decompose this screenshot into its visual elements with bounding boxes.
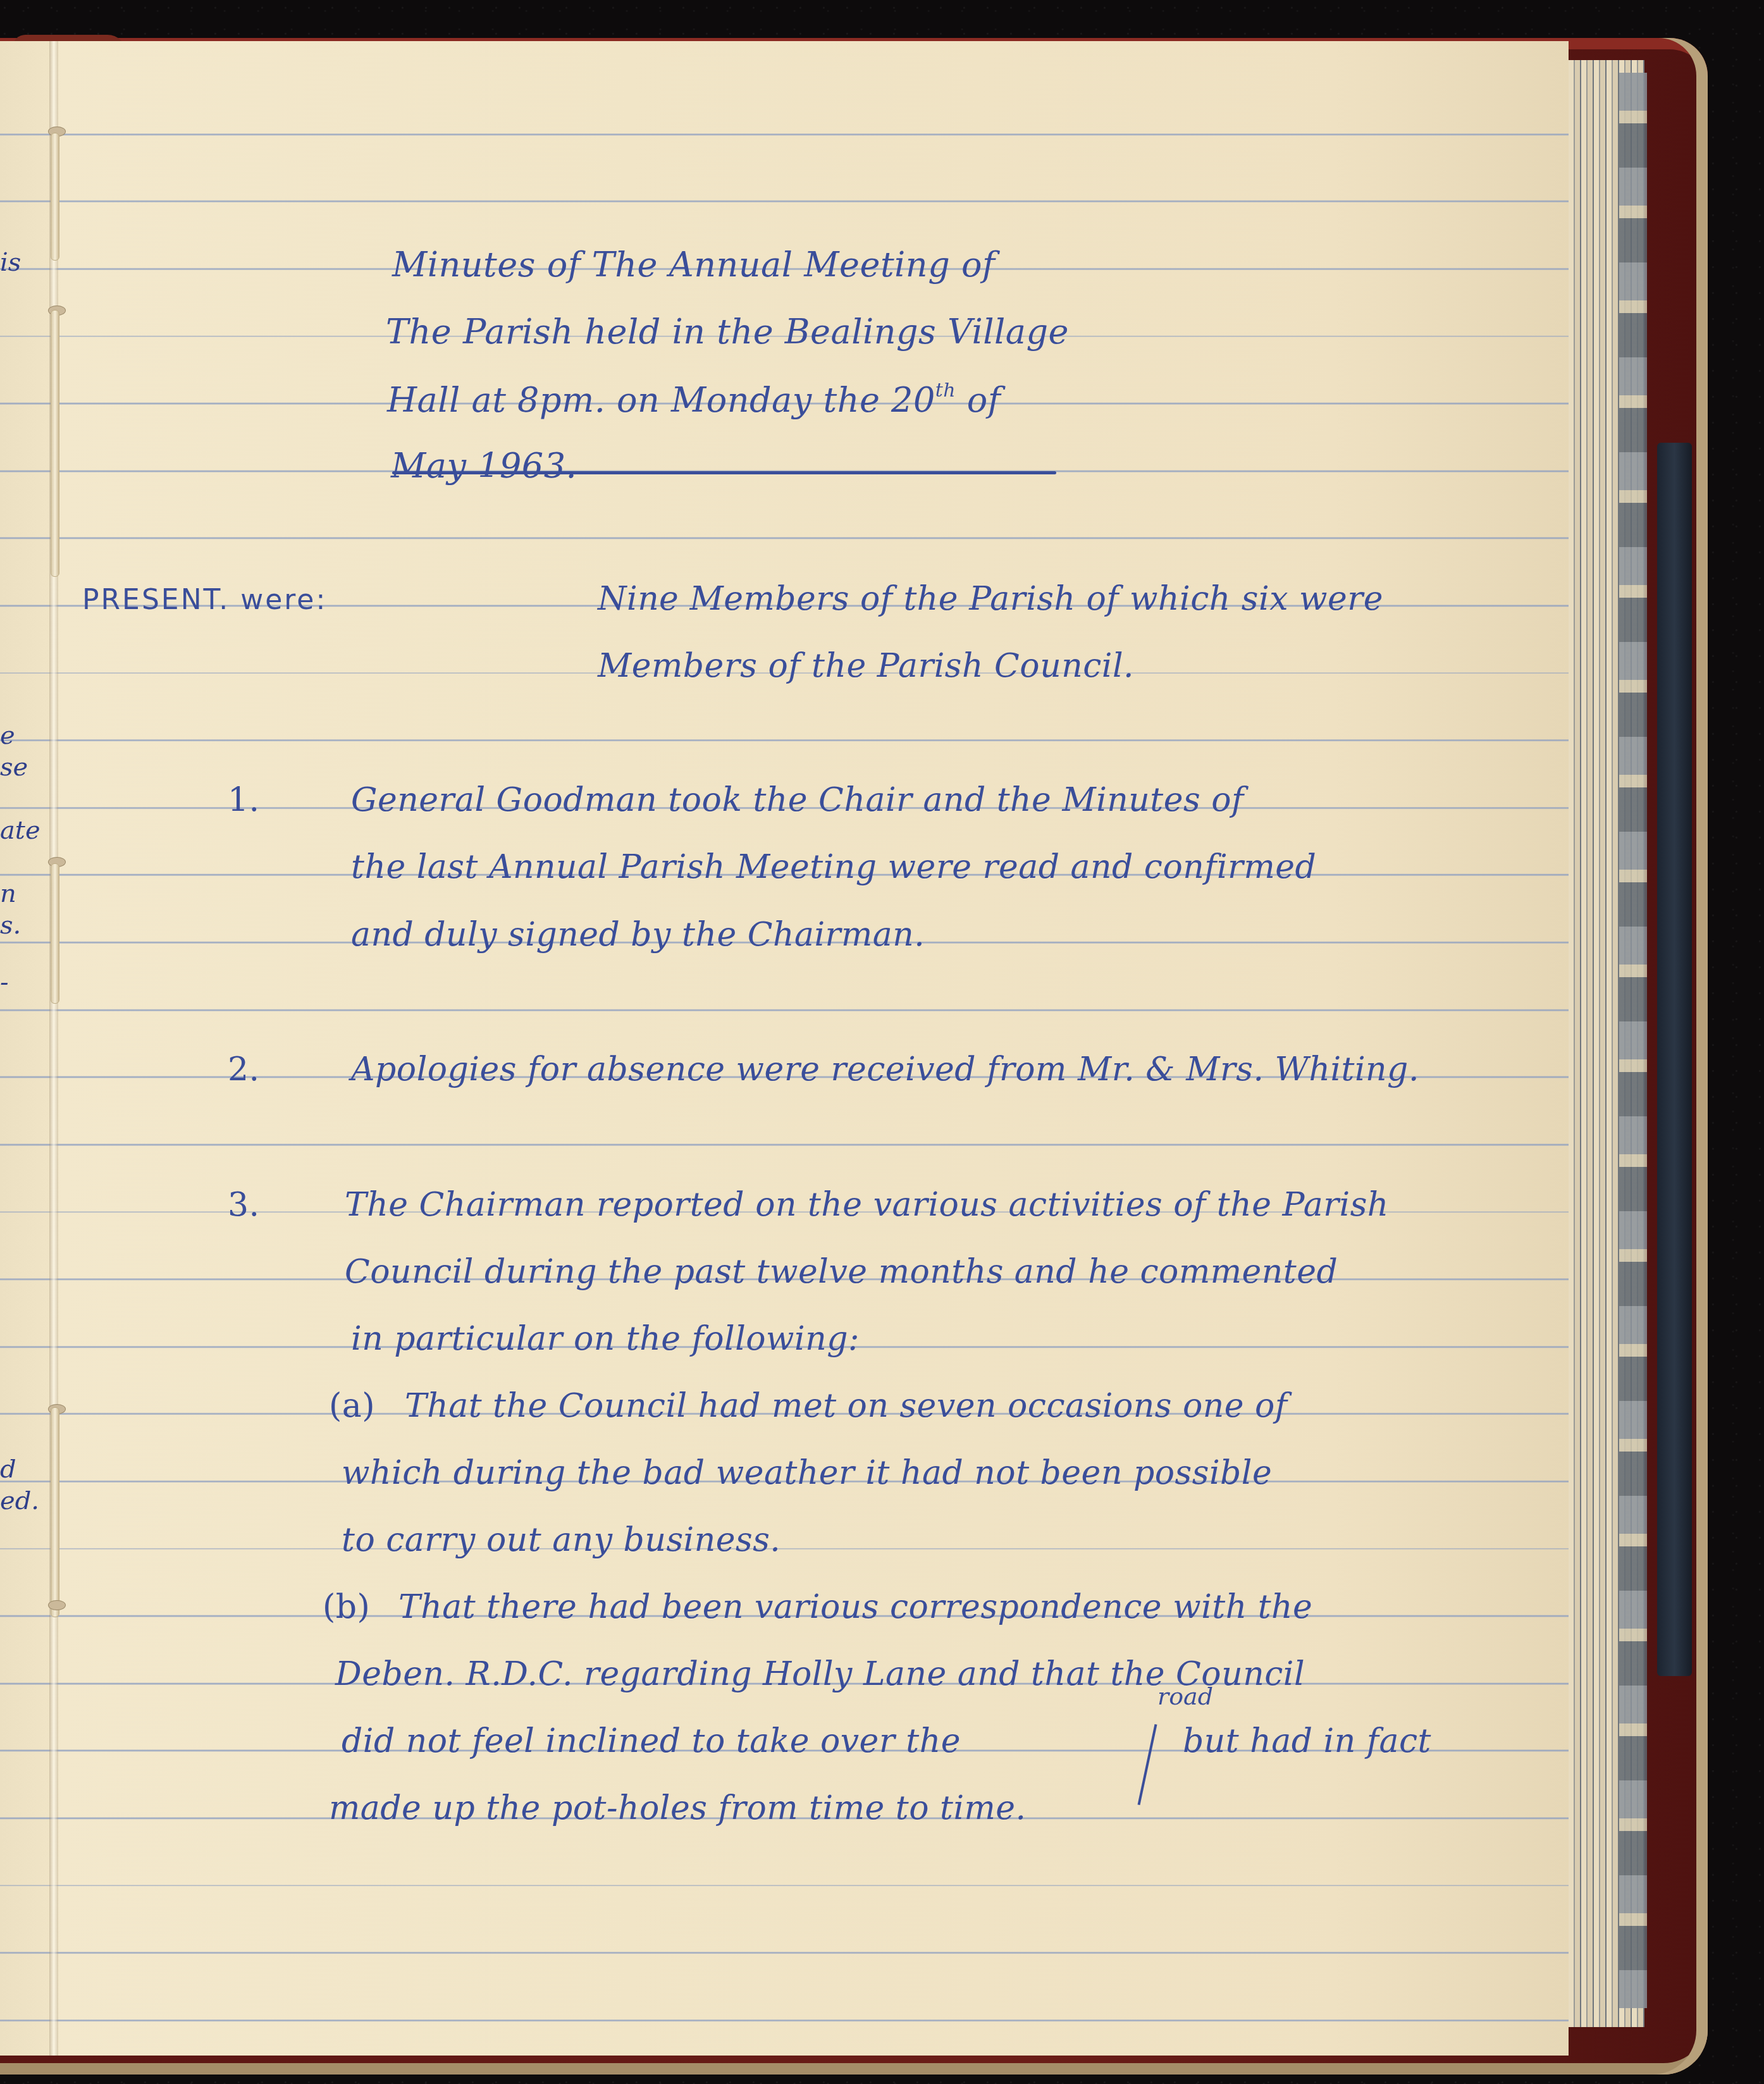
- binding-stitch: [51, 1407, 59, 1617]
- subitem-a-line-2: which during the bad weather it had not …: [342, 1454, 1272, 1492]
- left-page-fragment: ed.: [0, 1486, 39, 1515]
- item-3-line-2: Council during the past twelve months an…: [345, 1253, 1338, 1291]
- page-edges-shadow: [1619, 73, 1647, 2008]
- item-3-line-3: in particular on the following:: [351, 1320, 860, 1358]
- title-underline: [392, 471, 1056, 474]
- item-1-line-2: the last Annual Parish Meeting were read…: [351, 848, 1316, 886]
- left-page-fragment: is: [0, 248, 21, 277]
- left-page-fragment: se: [0, 753, 28, 782]
- stitch-hole: [48, 1600, 66, 1610]
- title-line-3-tail: of: [967, 380, 1001, 420]
- item-2-number: 2.: [228, 1051, 260, 1088]
- left-page-fragment: -: [0, 968, 9, 997]
- left-page-fragment: s.: [0, 911, 21, 940]
- subitem-b-line-3: did not feel inclined to take over the: [342, 1722, 961, 1760]
- left-page-fragment: ate: [0, 816, 40, 845]
- title-superscript: th: [935, 379, 956, 402]
- subitem-a-line-3: to carry out any business.: [342, 1521, 780, 1559]
- title-line-4: May 1963.: [391, 446, 577, 486]
- title-line-2: The Parish held in the Bealings Village: [386, 312, 1069, 352]
- item-1-line-3: and duly signed by the Chairman.: [351, 916, 925, 954]
- left-page-fragment: e: [0, 721, 15, 750]
- left-page-fragment: n: [0, 879, 16, 908]
- binding-stitch: [51, 863, 59, 1004]
- subitem-b-line-1: That there had been various corresponden…: [398, 1588, 1312, 1626]
- present-line-1: Nine Members of the Parish of which six …: [598, 580, 1383, 618]
- title-line-3-text: Hall at 8pm. on Monday the 20: [387, 380, 935, 420]
- item-1-number: 1.: [228, 781, 260, 819]
- subitem-a-line-1: That the Council had met on seven occasi…: [405, 1387, 1288, 1425]
- binding-stitch: [51, 310, 59, 577]
- present-line-2: Members of the Parish Council.: [598, 647, 1134, 685]
- cover-band: [1657, 443, 1692, 1676]
- item-3-line-1: The Chairman reported on the various act…: [345, 1186, 1389, 1224]
- binding-stitch: [51, 133, 59, 261]
- insertion-word: road: [1157, 1682, 1213, 1710]
- present-label: PRESENT. were:: [82, 584, 327, 616]
- title-line-3: Hall at 8pm. on Monday the 20th of: [387, 379, 1001, 420]
- subitem-b-label: (b): [323, 1588, 370, 1626]
- subitem-b-line-4: made up the pot-holes from time to time.: [329, 1789, 1027, 1827]
- left-page-fragment: d: [0, 1455, 16, 1484]
- title-line-1: Minutes of The Annual Meeting of: [392, 245, 995, 285]
- notebook-page: is e se ate n s. - d ed. Minutes of The …: [0, 41, 1569, 2056]
- subitem-a-label: (a): [329, 1387, 375, 1425]
- item-1-line-1: General Goodman took the Chair and the M…: [351, 781, 1244, 819]
- subitem-b-line-3-continued: but had in fact: [1183, 1722, 1431, 1760]
- item-3-number: 3.: [228, 1186, 260, 1224]
- item-2-line-1: Apologies for absence were received from…: [351, 1051, 1419, 1088]
